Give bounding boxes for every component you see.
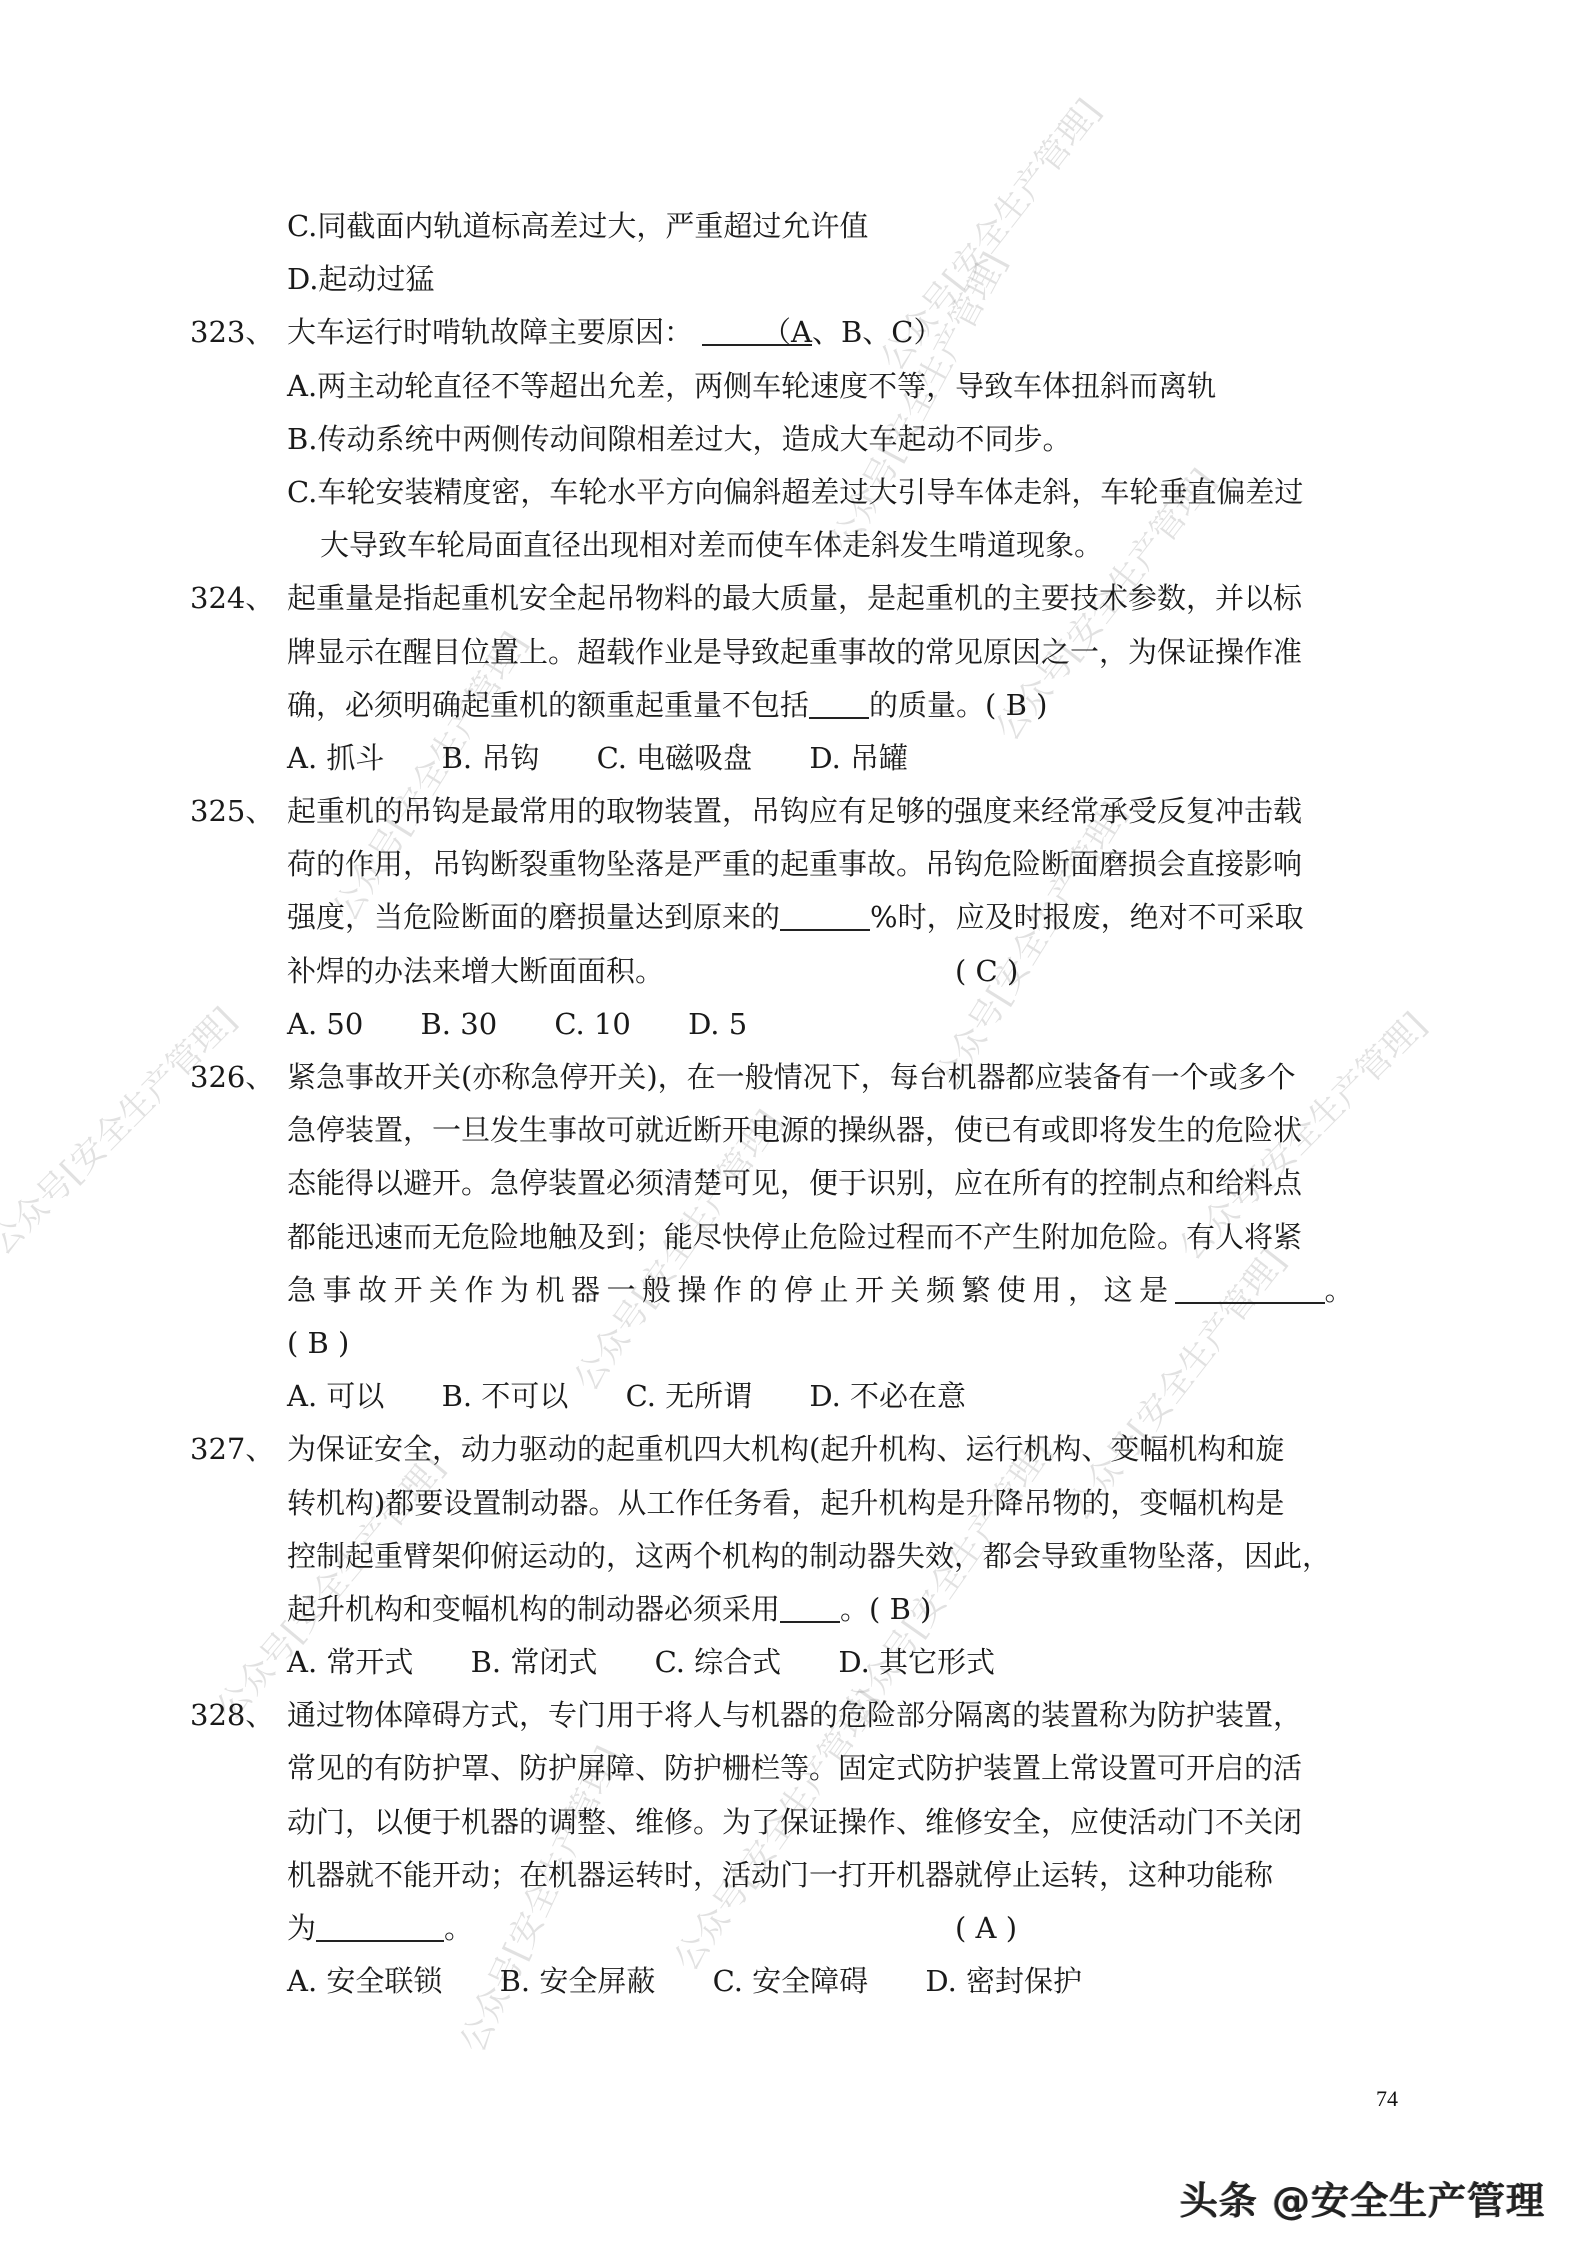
option-a: A. 50 <box>287 998 363 1051</box>
question-text: 通过物体障碍方式，专门用于将人与机器的危险部分隔离的装置称为防护装置， <box>190 1698 1302 1732</box>
option-d: D. 不必在意 <box>809 1370 966 1423</box>
answer-key: ( A ) <box>955 1902 1017 1955</box>
option-c: C. 电磁吸盘 <box>597 732 753 785</box>
answer-key: ( B ) <box>869 1592 931 1626</box>
question-text: 补焊的办法来增大断面面积。 <box>287 954 664 988</box>
question-text: 常见的有防护罩、防护屏障、防护栅栏等。固定式防护装置上常设置可开启的活 <box>190 1742 1405 1795</box>
question-text: 荷的作用，吊钩断裂重物坠落是严重的起重事故。吊钩危险断面磨损会直接影响 <box>190 838 1405 891</box>
question-text-line: 确，必须明确起重机的额重起重量不包括的质量。( B ) <box>190 679 1405 732</box>
option-line: D.起动过猛 <box>190 253 1405 306</box>
question-326: 326、 紧急事故开关(亦称急停开关)，在一般情况下，每台机器都应装备有一个或多… <box>190 1051 1405 1104</box>
option-d: D. 5 <box>688 998 747 1051</box>
answer-blank <box>780 1587 840 1623</box>
question-text: 起重机的吊钩是最常用的取物装置，吊钩应有足够的强度来经常承受反复冲击载 <box>190 794 1302 828</box>
question-text: 急事故开关作为机器一般操作的停止开关频繁使用，这是 <box>287 1273 1175 1307</box>
question-328: 328、 通过物体障碍方式，专门用于将人与机器的危险部分隔离的装置称为防护装置， <box>190 1689 1405 1742</box>
option-c: C. 安全障碍 <box>713 1955 869 2008</box>
question-text: 。 <box>1325 1273 1361 1307</box>
option-d: D. 吊罐 <box>809 732 908 785</box>
question-number: 323、 <box>190 306 287 359</box>
question-number: 328、 <box>190 1689 287 1742</box>
options-row: A. 抓斗 B. 吊钩 C. 电磁吸盘 D. 吊罐 <box>190 732 1405 785</box>
answer-key: （A、B、C） <box>762 306 942 359</box>
question-number: 324、 <box>190 572 287 625</box>
answer-blank <box>1175 1268 1325 1304</box>
question-text: 态能得以避开。急停装置必须清楚可见，便于识别，应在所有的控制点和给料点 <box>190 1157 1405 1210</box>
option-line: 大导致车轮局面直径出现相对差而使车体走斜发生啃道现象。 <box>190 519 1405 572</box>
question-text: 确，必须明确起重机的额重起重量不包括 <box>287 688 809 722</box>
question-text: 急停装置，一旦发生事故可就近断开电源的操纵器，使已有或即将发生的危险状 <box>190 1104 1405 1157</box>
options-row: A. 安全联锁 B. 安全屏蔽 C. 安全障碍 D. 密封保护 <box>190 1955 1405 2008</box>
question-text: %时，应及时报废，绝对不可采取 <box>870 900 1304 934</box>
options-row: A. 可以 B. 不可以 C. 无所谓 D. 不必在意 <box>190 1370 1405 1423</box>
options-row: A. 常开式 B. 常闭式 C. 综合式 D. 其它形式 <box>190 1636 1405 1689</box>
option-c: C. 10 <box>554 998 631 1051</box>
question-text: 控制起重臂架仰俯运动的，这两个机构的制动器失效，都会导致重物坠落，因此， <box>190 1530 1405 1583</box>
question-323: 323、 大车运行时啃轨故障主要原因： （A、B、C） <box>190 306 1405 359</box>
question-text: 强度，当危险断面的磨损量达到原来的 <box>287 900 780 934</box>
question-text-line: 补焊的办法来增大断面面积。 ( C ) <box>190 945 1405 998</box>
answer-key: ( B ) <box>190 1317 1405 1370</box>
answer-blank <box>809 683 869 719</box>
question-text: 机器就不能开动；在机器运转时，活动门一打开机器就停止运转，这种功能称 <box>190 1849 1405 1902</box>
options-row: A. 50 B. 30 C. 10 D. 5 <box>190 998 1405 1051</box>
answer-key: ( B ) <box>985 688 1047 722</box>
question-text-line: 强度，当危险断面的磨损量达到原来的%时，应及时报废，绝对不可采取 <box>190 891 1405 944</box>
question-text: 起重量是指起重机安全起吊物料的最大质量，是起重机的主要技术参数，并以标 <box>190 581 1302 615</box>
question-text: 起升机构和变幅机构的制动器必须采用 <box>287 1592 780 1626</box>
option-b: B. 安全屏蔽 <box>500 1955 656 2008</box>
option-a: A. 安全联锁 <box>287 1955 442 2008</box>
question-324: 324、 起重量是指起重机安全起吊物料的最大质量，是起重机的主要技术参数，并以标 <box>190 572 1405 625</box>
question-text: 转机构)都要设置制动器。从工作任务看，起升机构是升降吊物的，变幅机构是 <box>190 1477 1405 1530</box>
option-b: B. 吊钩 <box>442 732 540 785</box>
question-text-line: 为。 ( A ) <box>190 1902 1405 1955</box>
answer-key: ( C ) <box>955 945 1018 998</box>
answer-blank <box>780 895 870 931</box>
question-list: C.同截面内轨道标高差过大，严重超过允许值 D.起动过猛 323、 大车运行时啃… <box>190 200 1405 2008</box>
option-b: B. 30 <box>421 998 498 1051</box>
brand-watermark: 头条 @安全生产管理 <box>1180 2170 1545 2225</box>
option-d: D. 其它形式 <box>838 1636 995 1689</box>
option-a: A. 常开式 <box>287 1636 413 1689</box>
option-c: C. 综合式 <box>655 1636 782 1689</box>
option-a: A. 可以 <box>287 1370 384 1423</box>
document-page: 公众号[安全生产管理] 公众号[安全生产管理] 公众号[安全生产管理] 公众号[… <box>0 0 1587 2245</box>
option-b: B. 不可以 <box>442 1370 569 1423</box>
question-text: 为保证安全，动力驱动的起重机四大机构(起升机构、运行机构、变幅机构和旋 <box>190 1432 1284 1466</box>
question-text: 为 <box>287 1911 316 1945</box>
question-number: 326、 <box>190 1051 287 1104</box>
question-text: 都能迅速而无危险地触及到；能尽快停止危险过程而不产生附加危险。有人将紧 <box>190 1211 1405 1264</box>
question-text: 。 <box>444 1911 473 1945</box>
question-text: 。 <box>840 1592 869 1626</box>
option-a: A. 抓斗 <box>287 732 384 785</box>
option-line: A.两主动轮直径不等超出允差，两侧车轮速度不等，导致车体扭斜而离轨 <box>190 360 1405 413</box>
answer-blank <box>316 1906 444 1942</box>
question-text-line: 急事故开关作为机器一般操作的停止开关频繁使用，这是。 <box>190 1264 1405 1317</box>
option-line: C.车轮安装精度密，车轮水平方向偏斜超差过大引导车体走斜，车轮垂直偏差过 <box>190 466 1405 519</box>
option-d: D. 密封保护 <box>925 1955 1082 2008</box>
option-line: C.同截面内轨道标高差过大，严重超过允许值 <box>190 200 1405 253</box>
option-c: C. 无所谓 <box>626 1370 753 1423</box>
question-text: 的质量。 <box>869 688 985 722</box>
option-line: B.传动系统中两侧传动间隙相差过大，造成大车起动不同步。 <box>190 413 1405 466</box>
question-325: 325、 起重机的吊钩是最常用的取物装置，吊钩应有足够的强度来经常承受反复冲击载 <box>190 785 1405 838</box>
question-327: 327、 为保证安全，动力驱动的起重机四大机构(起升机构、运行机构、变幅机构和旋 <box>190 1423 1405 1476</box>
question-text-line: 起升机构和变幅机构的制动器必须采用。( B ) <box>190 1583 1405 1636</box>
question-text: 动门，以便于机器的调整、维修。为了保证操作、维修安全，应使活动门不关闭 <box>190 1796 1405 1849</box>
question-text: 牌显示在醒目位置上。超载作业是导致起重事故的常见原因之一，为保证操作准 <box>190 626 1405 679</box>
option-b: B. 常闭式 <box>471 1636 598 1689</box>
question-number: 325、 <box>190 785 287 838</box>
question-text: 紧急事故开关(亦称急停开关)，在一般情况下，每台机器都应装备有一个或多个 <box>190 1060 1296 1094</box>
question-number: 327、 <box>190 1423 287 1476</box>
page-number: 74 <box>1376 2086 1398 2112</box>
